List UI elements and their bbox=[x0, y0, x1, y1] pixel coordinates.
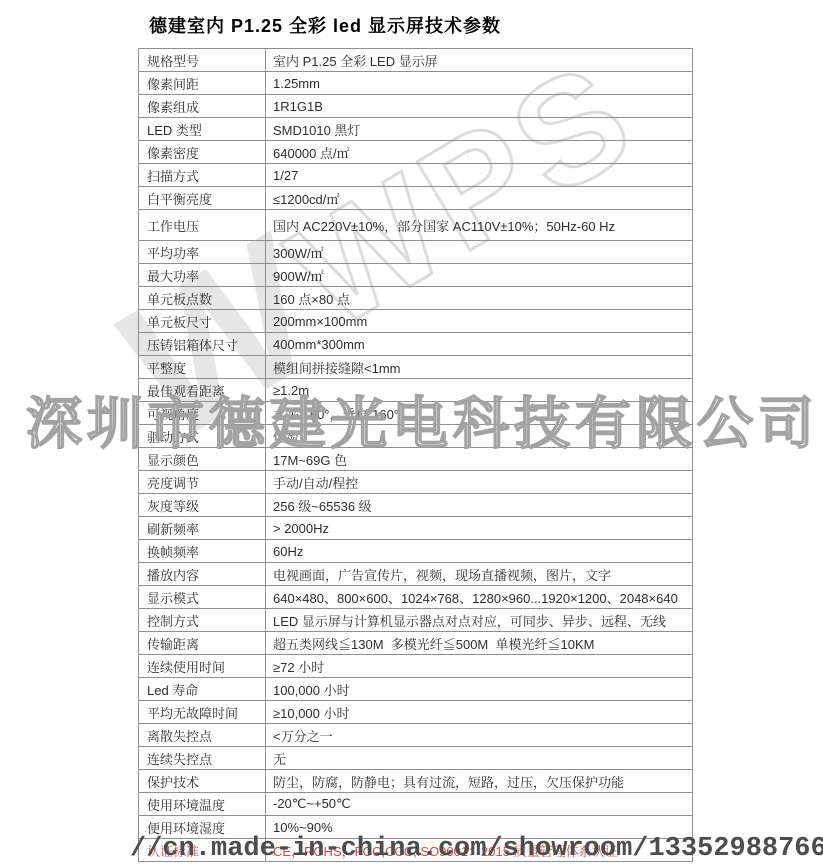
table-row: 便用环境湿度10%~90% bbox=[139, 816, 692, 839]
spec-label: 控制方式 bbox=[139, 609, 266, 631]
spec-label: 显示颜色 bbox=[139, 448, 266, 470]
table-row: 单元板点数160 点×80 点 bbox=[139, 287, 692, 310]
page-title: 德建室内 P1.25 全彩 led 显示屏技术参数 bbox=[149, 12, 501, 38]
table-row: 单元板尺寸200mm×100mm bbox=[139, 310, 692, 333]
spec-value: -20℃~+50℃ bbox=[266, 793, 692, 815]
spec-value: ≥1.2m bbox=[266, 379, 692, 401]
spec-label: 单元板点数 bbox=[139, 287, 266, 309]
spec-value: 200mm×100mm bbox=[266, 310, 692, 332]
table-row: 扫描方式1/27 bbox=[139, 164, 692, 187]
table-row: 亮度调节手动/自动/程控 bbox=[139, 471, 692, 494]
table-row: 最大功率900W/㎡ bbox=[139, 264, 692, 287]
spec-label: 平均无故障时间 bbox=[139, 701, 266, 723]
spec-label: 驱动方式 bbox=[139, 425, 266, 447]
table-row: 像素组成1R1G1B bbox=[139, 95, 692, 118]
spec-label: 保护技术 bbox=[139, 770, 266, 792]
spec-value: LED 显示屏与计算机显示器点对点对应，可同步、异步、远程、无线 bbox=[266, 609, 692, 631]
table-row: 驱动方式恒流 bbox=[139, 425, 692, 448]
spec-value: 1R1G1B bbox=[266, 95, 692, 117]
table-row: 压铸铝箱体尺寸400mm*300mm bbox=[139, 333, 692, 356]
spec-value: ≥10,000 小时 bbox=[266, 701, 692, 723]
table-row: 传输距离超五类网线≦130M 多模光纤≦500M 单模光纤≦10KM bbox=[139, 632, 692, 655]
table-row: 连续使用时间≥72 小时 bbox=[139, 655, 692, 678]
table-row: 认证标准CE，ROHS，FCC,CCC,ISO9001：2015 质量管理体系认… bbox=[139, 839, 692, 861]
spec-label: 传输距离 bbox=[139, 632, 266, 654]
spec-value: 防尘，防腐，防静电；具有过流，短路，过压，欠压保护功能 bbox=[266, 770, 692, 792]
spec-value: 国内 AC220V±10%，部分国家 AC110V±10%；50Hz-60 Hz bbox=[266, 210, 692, 240]
spec-value: 1/27 bbox=[266, 164, 692, 186]
spec-value: 900W/㎡ bbox=[266, 264, 692, 286]
table-row: 规格型号室内 P1.25 全彩 LED 显示屏 bbox=[139, 49, 692, 72]
table-row: 平均功率300W/㎡ bbox=[139, 241, 692, 264]
table-row: 使用环境温度-20℃~+50℃ bbox=[139, 793, 692, 816]
spec-label: 扫描方式 bbox=[139, 164, 266, 186]
table-row: 平整度模组间拼接缝隙<1mm bbox=[139, 356, 692, 379]
spec-value: 300W/㎡ bbox=[266, 241, 692, 263]
spec-value: 恒流 bbox=[266, 425, 692, 447]
table-row: 显示模式640×480、800×600、1024×768、1280×960...… bbox=[139, 586, 692, 609]
spec-label: 使用环境温度 bbox=[139, 793, 266, 815]
table-row: 工作电压国内 AC220V±10%，部分国家 AC110V±10%；50Hz-6… bbox=[139, 210, 692, 241]
spec-value: 1.25mm bbox=[266, 72, 692, 94]
spec-label: 换帧频率 bbox=[139, 540, 266, 562]
spec-label: 像素间距 bbox=[139, 72, 266, 94]
table-row: 平均无故障时间≥10,000 小时 bbox=[139, 701, 692, 724]
spec-label: Led 寿命 bbox=[139, 678, 266, 700]
spec-value: 60Hz bbox=[266, 540, 692, 562]
spec-label: 工作电压 bbox=[139, 210, 266, 240]
spec-value: 400mm*300mm bbox=[266, 333, 692, 355]
table-row: 灰度等级256 级~65536 级 bbox=[139, 494, 692, 517]
spec-label: 单元板尺寸 bbox=[139, 310, 266, 332]
spec-label: 最大功率 bbox=[139, 264, 266, 286]
spec-label: 像素组成 bbox=[139, 95, 266, 117]
spec-label: 连续使用时间 bbox=[139, 655, 266, 677]
table-row: 像素间距1.25mm bbox=[139, 72, 692, 95]
spec-label: 像素密度 bbox=[139, 141, 266, 163]
spec-value: ≤1200cd/㎡ bbox=[266, 187, 692, 209]
spec-value: 17M~69G 色 bbox=[266, 448, 692, 470]
spec-value: <万分之一 bbox=[266, 724, 692, 746]
spec-label: 连续失控点 bbox=[139, 747, 266, 769]
spec-value: 电视画面，广告宣传片，视频，现场直播视频，图片，文字 bbox=[266, 563, 692, 585]
spec-label: 压铸铝箱体尺寸 bbox=[139, 333, 266, 355]
table-row: 显示颜色17M~69G 色 bbox=[139, 448, 692, 471]
table-row: 换帧频率60Hz bbox=[139, 540, 692, 563]
spec-value: 160 点×80 点 bbox=[266, 287, 692, 309]
spec-label: 灰度等级 bbox=[139, 494, 266, 516]
spec-label: 认证标准 bbox=[139, 839, 266, 861]
spec-label: LED 类型 bbox=[139, 118, 266, 140]
table-row: 刷新频率> 2000Hz bbox=[139, 517, 692, 540]
spec-label: 可视角度 bbox=[139, 402, 266, 424]
spec-label: 最佳观看距离 bbox=[139, 379, 266, 401]
spec-value: 水平 160°，垂直 160° bbox=[266, 402, 692, 424]
table-row: 离散失控点<万分之一 bbox=[139, 724, 692, 747]
spec-label: 白平衡亮度 bbox=[139, 187, 266, 209]
table-row: 连续失控点无 bbox=[139, 747, 692, 770]
spec-table: 规格型号室内 P1.25 全彩 LED 显示屏像素间距1.25mm像素组成1R1… bbox=[138, 48, 693, 862]
table-row: LED 类型SMD1010 黑灯 bbox=[139, 118, 692, 141]
spec-label: 显示模式 bbox=[139, 586, 266, 608]
table-row: 像素密度640000 点/㎡ bbox=[139, 141, 692, 164]
spec-value: 640×480、800×600、1024×768、1280×960...1920… bbox=[266, 586, 692, 608]
spec-value: 无 bbox=[266, 747, 692, 769]
spec-label: 播放内容 bbox=[139, 563, 266, 585]
table-row: 白平衡亮度≤1200cd/㎡ bbox=[139, 187, 692, 210]
spec-value: 手动/自动/程控 bbox=[266, 471, 692, 493]
spec-label: 离散失控点 bbox=[139, 724, 266, 746]
table-row: 控制方式LED 显示屏与计算机显示器点对点对应，可同步、异步、远程、无线 bbox=[139, 609, 692, 632]
spec-label: 刷新频率 bbox=[139, 517, 266, 539]
spec-value: 超五类网线≦130M 多模光纤≦500M 单模光纤≦10KM bbox=[266, 632, 692, 654]
spec-value: 模组间拼接缝隙<1mm bbox=[266, 356, 692, 378]
document-page: W WPS 德建室内 P1.25 全彩 led 显示屏技术参数 规格型号室内 P… bbox=[0, 0, 823, 868]
spec-value: ≥72 小时 bbox=[266, 655, 692, 677]
spec-value: CE，ROHS，FCC,CCC,ISO9001：2015 质量管理体系认证 bbox=[266, 839, 692, 861]
spec-value: > 2000Hz bbox=[266, 517, 692, 539]
table-row: 可视角度水平 160°，垂直 160° bbox=[139, 402, 692, 425]
spec-label: 亮度调节 bbox=[139, 471, 266, 493]
spec-value: SMD1010 黑灯 bbox=[266, 118, 692, 140]
table-row: 保护技术防尘，防腐，防静电；具有过流，短路，过压，欠压保护功能 bbox=[139, 770, 692, 793]
table-row: Led 寿命100,000 小时 bbox=[139, 678, 692, 701]
table-row: 最佳观看距离≥1.2m bbox=[139, 379, 692, 402]
spec-value: 100,000 小时 bbox=[266, 678, 692, 700]
spec-value: 256 级~65536 级 bbox=[266, 494, 692, 516]
spec-value: 10%~90% bbox=[266, 816, 692, 838]
spec-table-body: 规格型号室内 P1.25 全彩 LED 显示屏像素间距1.25mm像素组成1R1… bbox=[139, 49, 692, 861]
spec-label: 平均功率 bbox=[139, 241, 266, 263]
spec-value: 640000 点/㎡ bbox=[266, 141, 692, 163]
table-row: 播放内容电视画面，广告宣传片，视频，现场直播视频，图片，文字 bbox=[139, 563, 692, 586]
spec-label: 平整度 bbox=[139, 356, 266, 378]
spec-label: 规格型号 bbox=[139, 49, 266, 71]
spec-value: 室内 P1.25 全彩 LED 显示屏 bbox=[266, 49, 692, 71]
spec-label: 便用环境湿度 bbox=[139, 816, 266, 838]
